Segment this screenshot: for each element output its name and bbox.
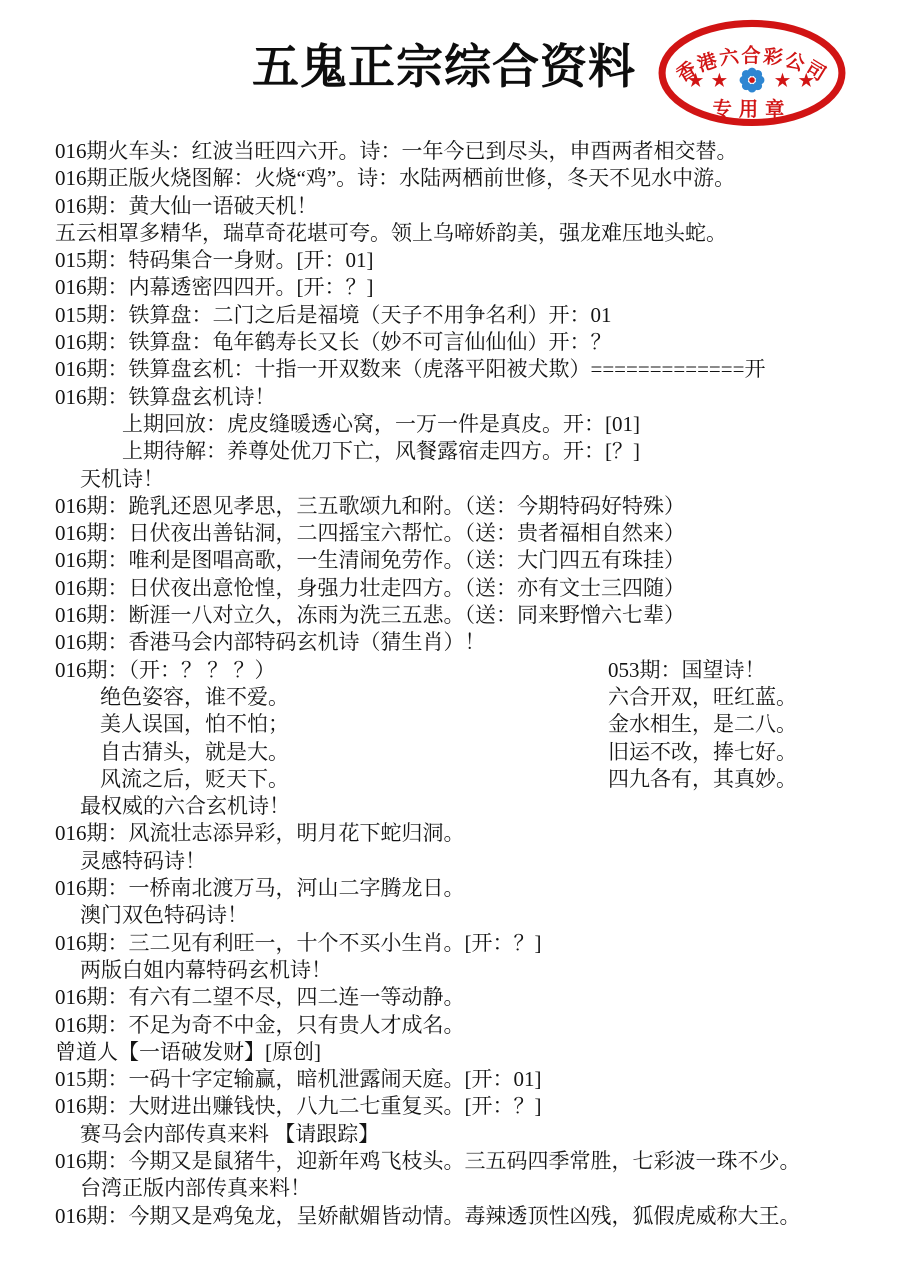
text-line: 016期：日伏夜出意怆惶，身强力壮走四方。（送：亦有文士三四随） [0, 575, 900, 602]
text-line: 016期：日伏夜出善钻洞，二四摇宝六帮忙。（送：贵者福相自然来） [0, 520, 900, 547]
text-line: 016期：断涯一八对立久，冻雨为洗三五悲。（送：同来野憎六七辈） [0, 602, 900, 629]
section-heading: 澳门双色特码诗！ [0, 902, 900, 929]
text-line: 016期：大财进出赚钱快，八九二七重复买。[开：？] [0, 1093, 900, 1120]
text-line: 曾道人【一语破发财】[原创] [0, 1039, 900, 1066]
text-line: 016期：铁算盘玄机诗！ [0, 384, 900, 411]
poem-line: 金水相生，是二八。 [608, 711, 900, 738]
text-line: 016期：三二见有利旺一，十个不买小生肖。[开：？] [0, 930, 900, 957]
text-line: 016期正版火烧图解：火烧“鸡”。诗：水陆两栖前世修，冬天不见水中游。 [0, 165, 900, 192]
text-line: 016期：一桥南北渡万马，河山二字腾龙日。 [0, 875, 900, 902]
text-line: 016期：黄大仙一语破天机！ [0, 193, 900, 220]
section-heading: 两版白姐内幕特码玄机诗！ [0, 957, 900, 984]
two-column-poems: 016期：（开：？ ？ ？） 绝色姿容，谁不爱。 美人误国，怕不怕； 自古猜头，… [0, 657, 900, 793]
stamp-right-stars-icon: ★ ★ [775, 71, 816, 90]
text-line: 016期：铁算盘玄机：十指一开双数来（虎落平阳被犬欺）=============… [0, 356, 900, 383]
section-heading: 赛马会内部传真来料 【请跟踪】 [0, 1121, 900, 1148]
text-line: 016期：今期又是鼠猪牛，迎新年鸡飞枝头。三五码四季常胜，七彩波一珠不少。 [0, 1148, 900, 1175]
section-heading: 灵感特码诗！ [0, 848, 900, 875]
poem-line: 自古猜头，就是大。 [0, 739, 608, 766]
section-heading: 最权威的六合玄机诗！ [0, 793, 900, 820]
text-line: 016期：风流壮志添异彩，明月花下蛇归洞。 [0, 820, 900, 847]
header: 五鬼正宗综合资料 香港六合彩公司 ★ ★ ★ ★ [0, 0, 900, 138]
text-line: 016期：今期又是鸡兔龙，呈娇献媚皆动情。毒辣透顶性凶残，狐假虎威称大王。 [0, 1203, 900, 1230]
text-line: 016期：唯利是图唱高歌，一生清闹免劳作。（送：大门四五有珠挂） [0, 547, 900, 574]
text-line: 016期：香港马会内部特码玄机诗（猜生肖）！ [0, 629, 900, 656]
flower-icon [740, 68, 765, 93]
text-line: 016期：不足为奇不中金，只有贵人才成名。 [0, 1012, 900, 1039]
text-line: 016期：有六有二望不尽，四二连一等动静。 [0, 984, 900, 1011]
text-line: 016期火车头：红波当旺四六开。诗：一年今已到尽头，申酉两者相交替。 [0, 138, 900, 165]
section-heading: 天机诗！ [0, 466, 900, 493]
right-poem-column: 053期：国望诗！ 六合开双，旺红蓝。 金水相生，是二八。 旧运不改，捧七好。 … [608, 657, 900, 793]
text-line: 015期：铁算盘：二门之后是福境（天子不用争名利）开：01 [0, 302, 900, 329]
lottery-info-sheet: 五鬼正宗综合资料 香港六合彩公司 ★ ★ ★ ★ [0, 0, 900, 1267]
stamp-graphic: 香港六合彩公司 ★ ★ ★ ★ 专用章 [656, 18, 848, 130]
text-line: 五云相罩多精华，瑞草奇花堪可夸。领上乌啼娇韵美，强龙难压地头蛇。 [0, 220, 900, 247]
company-stamp: 香港六合彩公司 ★ ★ ★ ★ 专用章 [656, 18, 848, 130]
text-line: 016期：内幕透密四四开。[开：？] [0, 274, 900, 301]
text-line: 053期：国望诗！ [608, 657, 900, 684]
poem-line: 绝色姿容，谁不爱。 [0, 684, 608, 711]
text-line: 上期回放：虎皮缝暖透心窝，一万一件是真皮。开：[01] [0, 411, 900, 438]
text-line: 015期：一码十字定输赢，暗机泄露闹天庭。[开：01] [0, 1066, 900, 1093]
content: 016期火车头：红波当旺四六开。诗：一年今已到尽头，申酉两者相交替。 016期正… [0, 138, 900, 1230]
text-line: 016期：（开：？ ？ ？） [0, 657, 608, 684]
section-heading: 台湾正版内部传真来料！ [0, 1175, 900, 1202]
poem-line: 旧运不改，捧七好。 [608, 739, 900, 766]
page-title: 五鬼正宗综合资料 [252, 30, 636, 97]
left-poem-column: 016期：（开：？ ？ ？） 绝色姿容，谁不爱。 美人误国，怕不怕； 自古猜头，… [0, 657, 608, 793]
stamp-bottom-text: 专用章 [713, 97, 792, 120]
stamp-left-stars-icon: ★ ★ [688, 71, 729, 90]
poem-line: 四九各有，其真妙。 [608, 766, 900, 793]
poem-line: 六合开双，旺红蓝。 [608, 684, 900, 711]
text-line: 016期：铁算盘：龟年鹤寿长又长（妙不可言仙仙仙）开：？ [0, 329, 900, 356]
poem-line: 美人误国，怕不怕； [0, 711, 608, 738]
text-line: 015期：特码集合一身财。[开：01] [0, 247, 900, 274]
text-line: 上期待解：养尊处优刀下亡，风餐露宿走四方。开：[？] [0, 438, 900, 465]
poem-line: 风流之后，贬天下。 [0, 766, 608, 793]
text-line: 016期：跪乳还恩见孝思，三五歌颂九和附。（送：今期特码好特殊） [0, 493, 900, 520]
